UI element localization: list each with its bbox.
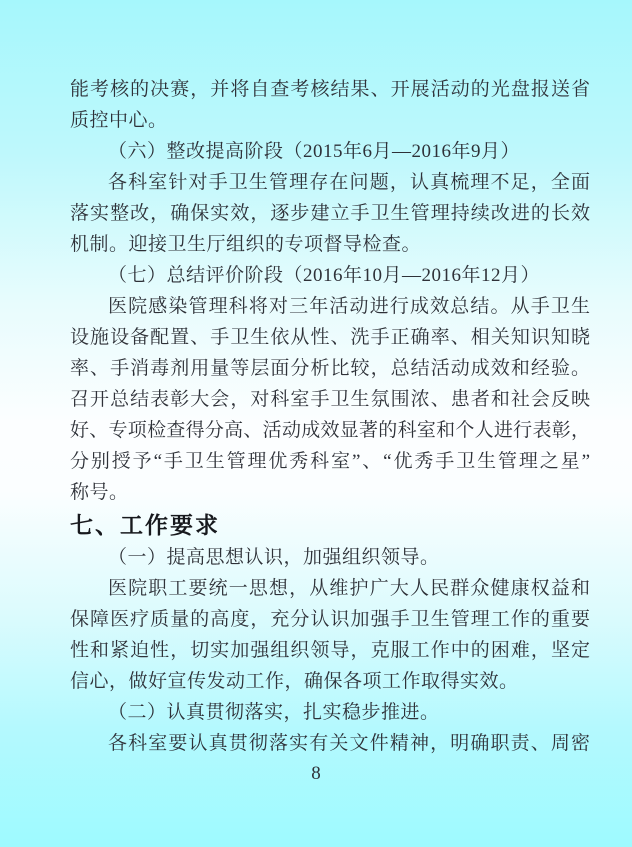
text-line: 称号。	[70, 477, 590, 508]
document-body: 能考核的决赛，并将自查考核结果、开展活动的光盘报送省质控中心。（六）整改提高阶段…	[0, 0, 590, 759]
text-line: （二）认真贯彻落实，扎实稳步推进。	[70, 697, 590, 728]
text-line: 落实整改，确保实效，逐步建立手卫生管理持续改进的长效	[70, 198, 590, 229]
page-number: 8	[0, 761, 632, 787]
text-line: 质控中心。	[70, 105, 590, 136]
text-line: 率、手消毒剂用量等层面分析比较，总结活动成效和经验。	[70, 353, 590, 384]
text-line: 机制。迎接卫生厅组织的专项督导检查。	[70, 229, 590, 260]
text-line: 各科室针对手卫生管理存在问题，认真梳理不足，全面	[70, 167, 590, 198]
text-line: 分别授予“手卫生管理优秀科室”、“优秀手卫生管理之星”	[70, 446, 590, 477]
scanned-document-page: 能考核的决赛，并将自查考核结果、开展活动的光盘报送省质控中心。（六）整改提高阶段…	[0, 0, 632, 847]
text-line: 各科室要认真贯彻落实有关文件精神，明确职责、周密	[70, 728, 590, 759]
text-line: 信心，做好宣传发动工作，确保各项工作取得实效。	[70, 666, 590, 697]
text-line: 性和紧迫性，切实加强组织领导，克服工作中的困难，坚定	[70, 635, 590, 666]
text-line: 医院感染管理科将对三年活动进行成效总结。从手卫生	[70, 291, 590, 322]
text-line: （一）提高思想认识，加强组织领导。	[70, 542, 590, 573]
text-line: 召开总结表彰大会，对科室手卫生氛围浓、患者和社会反映	[70, 384, 590, 415]
text-line: （六）整改提高阶段（2015年6月—2016年9月）	[70, 136, 590, 167]
text-line: 保障医疗质量的高度，充分认识加强手卫生管理工作的重要	[70, 604, 590, 635]
text-line: 好、专项检查得分高、活动成效显著的科室和个人进行表彰，	[70, 415, 590, 446]
text-line: （七）总结评价阶段（2016年10月—2016年12月）	[70, 260, 590, 291]
text-line: 医院职工要统一思想，从维护广大人民群众健康权益和	[70, 573, 590, 604]
section-heading: 七、工作要求	[70, 508, 590, 542]
text-line: 设施设备配置、手卫生依从性、洗手正确率、相关知识知晓	[70, 322, 590, 353]
text-line: 能考核的决赛，并将自查考核结果、开展活动的光盘报送省	[70, 74, 590, 105]
